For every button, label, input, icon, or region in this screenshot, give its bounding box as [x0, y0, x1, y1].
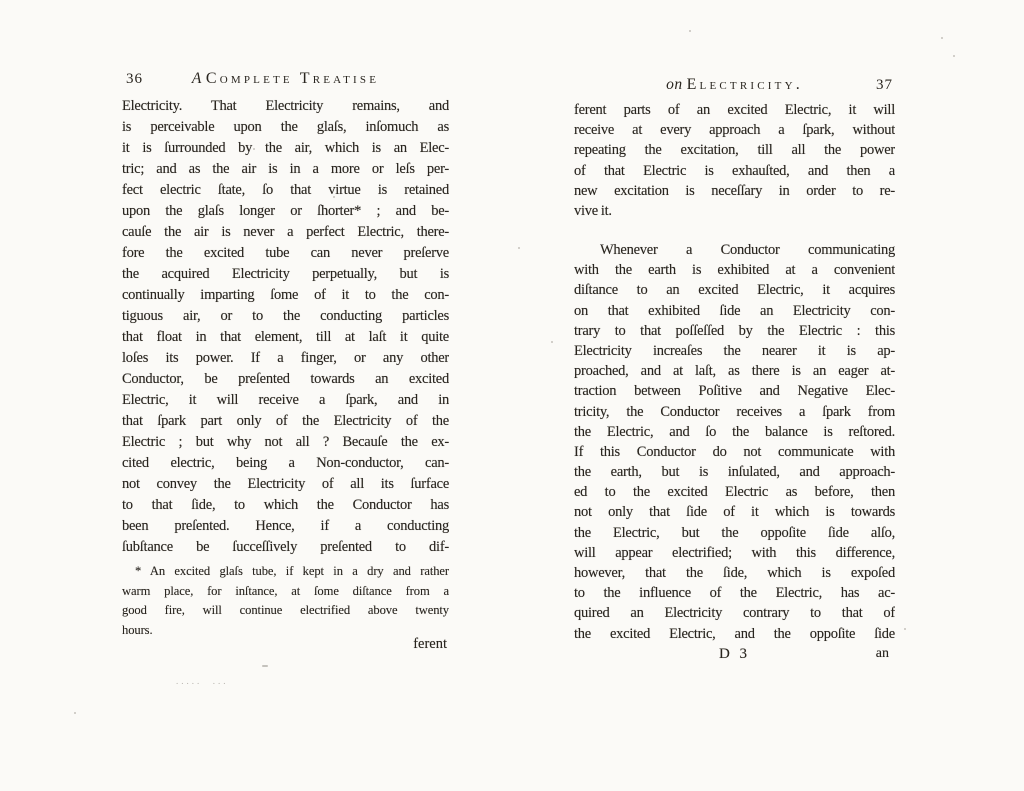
text-line: diſtance to an excited Electric, it acqu…: [574, 280, 895, 300]
text-line: Whenever a Conductor communicating: [574, 240, 895, 260]
text-line: will appear electrified; with this diffe…: [574, 543, 895, 563]
scan-speck: [518, 247, 520, 249]
gathering-signature: D 3: [719, 646, 750, 662]
text-line: ferent parts of an excited Electric, it …: [574, 100, 895, 120]
text-line: hours.: [122, 621, 449, 641]
body-text-right-paragraph-2: Whenever a Conductor communicatingwith t…: [574, 240, 895, 644]
text-line: the acquired Electricity perpetually, bu…: [122, 264, 449, 285]
footnote: * An excited glaſs tube, if kept in a dr…: [122, 562, 449, 640]
running-title-right: onElectricity.: [574, 76, 895, 94]
text-line: not convey the Electricity of all its ſu…: [122, 474, 449, 495]
text-line: been preſented. Hence, if a conducting: [122, 516, 449, 537]
page-number-36: 36: [126, 71, 143, 88]
text-line: ed to the excited Electric as before, th…: [574, 482, 895, 502]
text-line: ſubſtance be ſucceſſively preſented to d…: [122, 537, 449, 558]
scan-speck: [431, 571, 433, 573]
text-line: continually imparting ſome of it to the …: [122, 285, 449, 306]
text-line: repeating the excitation, till all the p…: [574, 140, 895, 160]
catchword-right: an: [876, 646, 889, 662]
text-line: * An excited glaſs tube, if kept in a dr…: [122, 562, 449, 582]
text-line: tricity, the Conductor receives a ſpark …: [574, 402, 895, 422]
catchword-left: ferent: [413, 636, 447, 653]
scan-speck: [904, 628, 906, 630]
text-line: Electric ; but why not all ? Becauſe the…: [122, 432, 449, 453]
running-header-left: 36 AComplete Treatise: [122, 70, 449, 96]
text-line: that ſpark part only of the Electricity …: [122, 411, 449, 432]
text-line: however, that the ſide, which is expoſed: [574, 563, 895, 583]
text-line: on that exhibited ſide an Electricity co…: [574, 301, 895, 321]
text-line: Electric, it will receive a ſpark, and i…: [122, 390, 449, 411]
text-line: trary to that poſſeſſed by the Electric …: [574, 321, 895, 341]
scan-speck: [953, 55, 955, 57]
scan-speck: [551, 341, 553, 343]
text-line: quired an Electricity contrary to that o…: [574, 603, 895, 623]
text-line: tiguous air, or to the conducting partic…: [122, 306, 449, 327]
running-title-italic-word: on: [666, 76, 683, 93]
text-line: upon the glaſs longer or ſhorter* ; and …: [122, 201, 449, 222]
text-line: warm place, for inſtance, at ſome diſtan…: [122, 582, 449, 602]
text-line: that float in that element, till at laſt…: [122, 327, 449, 348]
text-line: the excited Electric, and the oppoſite ſ…: [574, 624, 895, 644]
running-title-left: AComplete Treatise: [122, 70, 449, 88]
text-line: loſes its power. If a finger, or any oth…: [122, 348, 449, 369]
text-line: with the earth is exhibited at a conveni…: [574, 260, 895, 280]
running-title-caps: Electricity.: [687, 76, 803, 93]
text-line: cauſe the air is never a perfect Electri…: [122, 222, 449, 243]
scan-speck: [333, 196, 335, 198]
text-line: proached, and at laſt, as there is an ea…: [574, 361, 895, 381]
text-line: Conductor, be preſented towards an excit…: [122, 369, 449, 390]
page-37: onElectricity. 37 ferent parts of an exc…: [574, 76, 895, 102]
text-line: fore the excited tube can never preſerve: [122, 243, 449, 264]
text-line: the earth, but is inſulated, and approac…: [574, 462, 895, 482]
text-line: to that ſide, to which the Conductor has: [122, 495, 449, 516]
running-title-caps: Complete Treatise: [206, 70, 379, 87]
book-scan-canvas: { "colors": { "paper": "#fbfaf7", "ink":…: [0, 0, 1024, 791]
text-line: fect electric ſtate, ſo that virtue is r…: [122, 180, 449, 201]
scan-speck: [941, 37, 943, 39]
text-line: to the influence of the Electric, has ac…: [574, 583, 895, 603]
body-text-left: Electricity. That Electricity remains, a…: [122, 96, 449, 558]
scan-speck: [689, 30, 691, 32]
scan-speck: [74, 712, 76, 714]
text-line: of that Electric is exhauſted, and then …: [574, 161, 895, 181]
text-line: cited electric, being a Non-conductor, c…: [122, 453, 449, 474]
text-line: vive it.: [574, 201, 895, 221]
page-36: 36 AComplete Treatise Electricity. That …: [122, 70, 449, 96]
text-line: receive at every approach a ſpark, witho…: [574, 120, 895, 140]
text-line: traction between Poſitive and Negative E…: [574, 381, 895, 401]
running-title-italic-word: A: [192, 70, 202, 87]
scan-speck: [253, 148, 255, 150]
text-line: new excitation is neceſſary in order to …: [574, 181, 895, 201]
text-line: it is ſurrounded by the air, which is an…: [122, 138, 449, 159]
signature-row: D 3 an: [574, 646, 895, 668]
text-line: tric; and as the air is in a more or leſ…: [122, 159, 449, 180]
text-line: Electricity. That Electricity remains, a…: [122, 96, 449, 117]
body-text-right-paragraph-1: ferent parts of an excited Electric, it …: [574, 100, 895, 221]
page-number-37: 37: [876, 77, 893, 94]
text-line: is perceivable upon the glaſs, inſomuch …: [122, 117, 449, 138]
scan-speck-row: ..... ...: [176, 676, 229, 686]
text-line: not only that ſide of it which is toward…: [574, 502, 895, 522]
text-line: Electricity increaſes the nearer it is a…: [574, 341, 895, 361]
running-header-right: onElectricity. 37: [574, 76, 895, 102]
scan-speck: [262, 665, 268, 667]
text-line: the Electric, and ſo the balance is reſt…: [574, 422, 895, 442]
text-line: If this Conductor do not communicate wit…: [574, 442, 895, 462]
text-line: good fire, will continue electrified abo…: [122, 601, 449, 621]
text-line: the Electric, but the oppoſite ſide alſo…: [574, 523, 895, 543]
